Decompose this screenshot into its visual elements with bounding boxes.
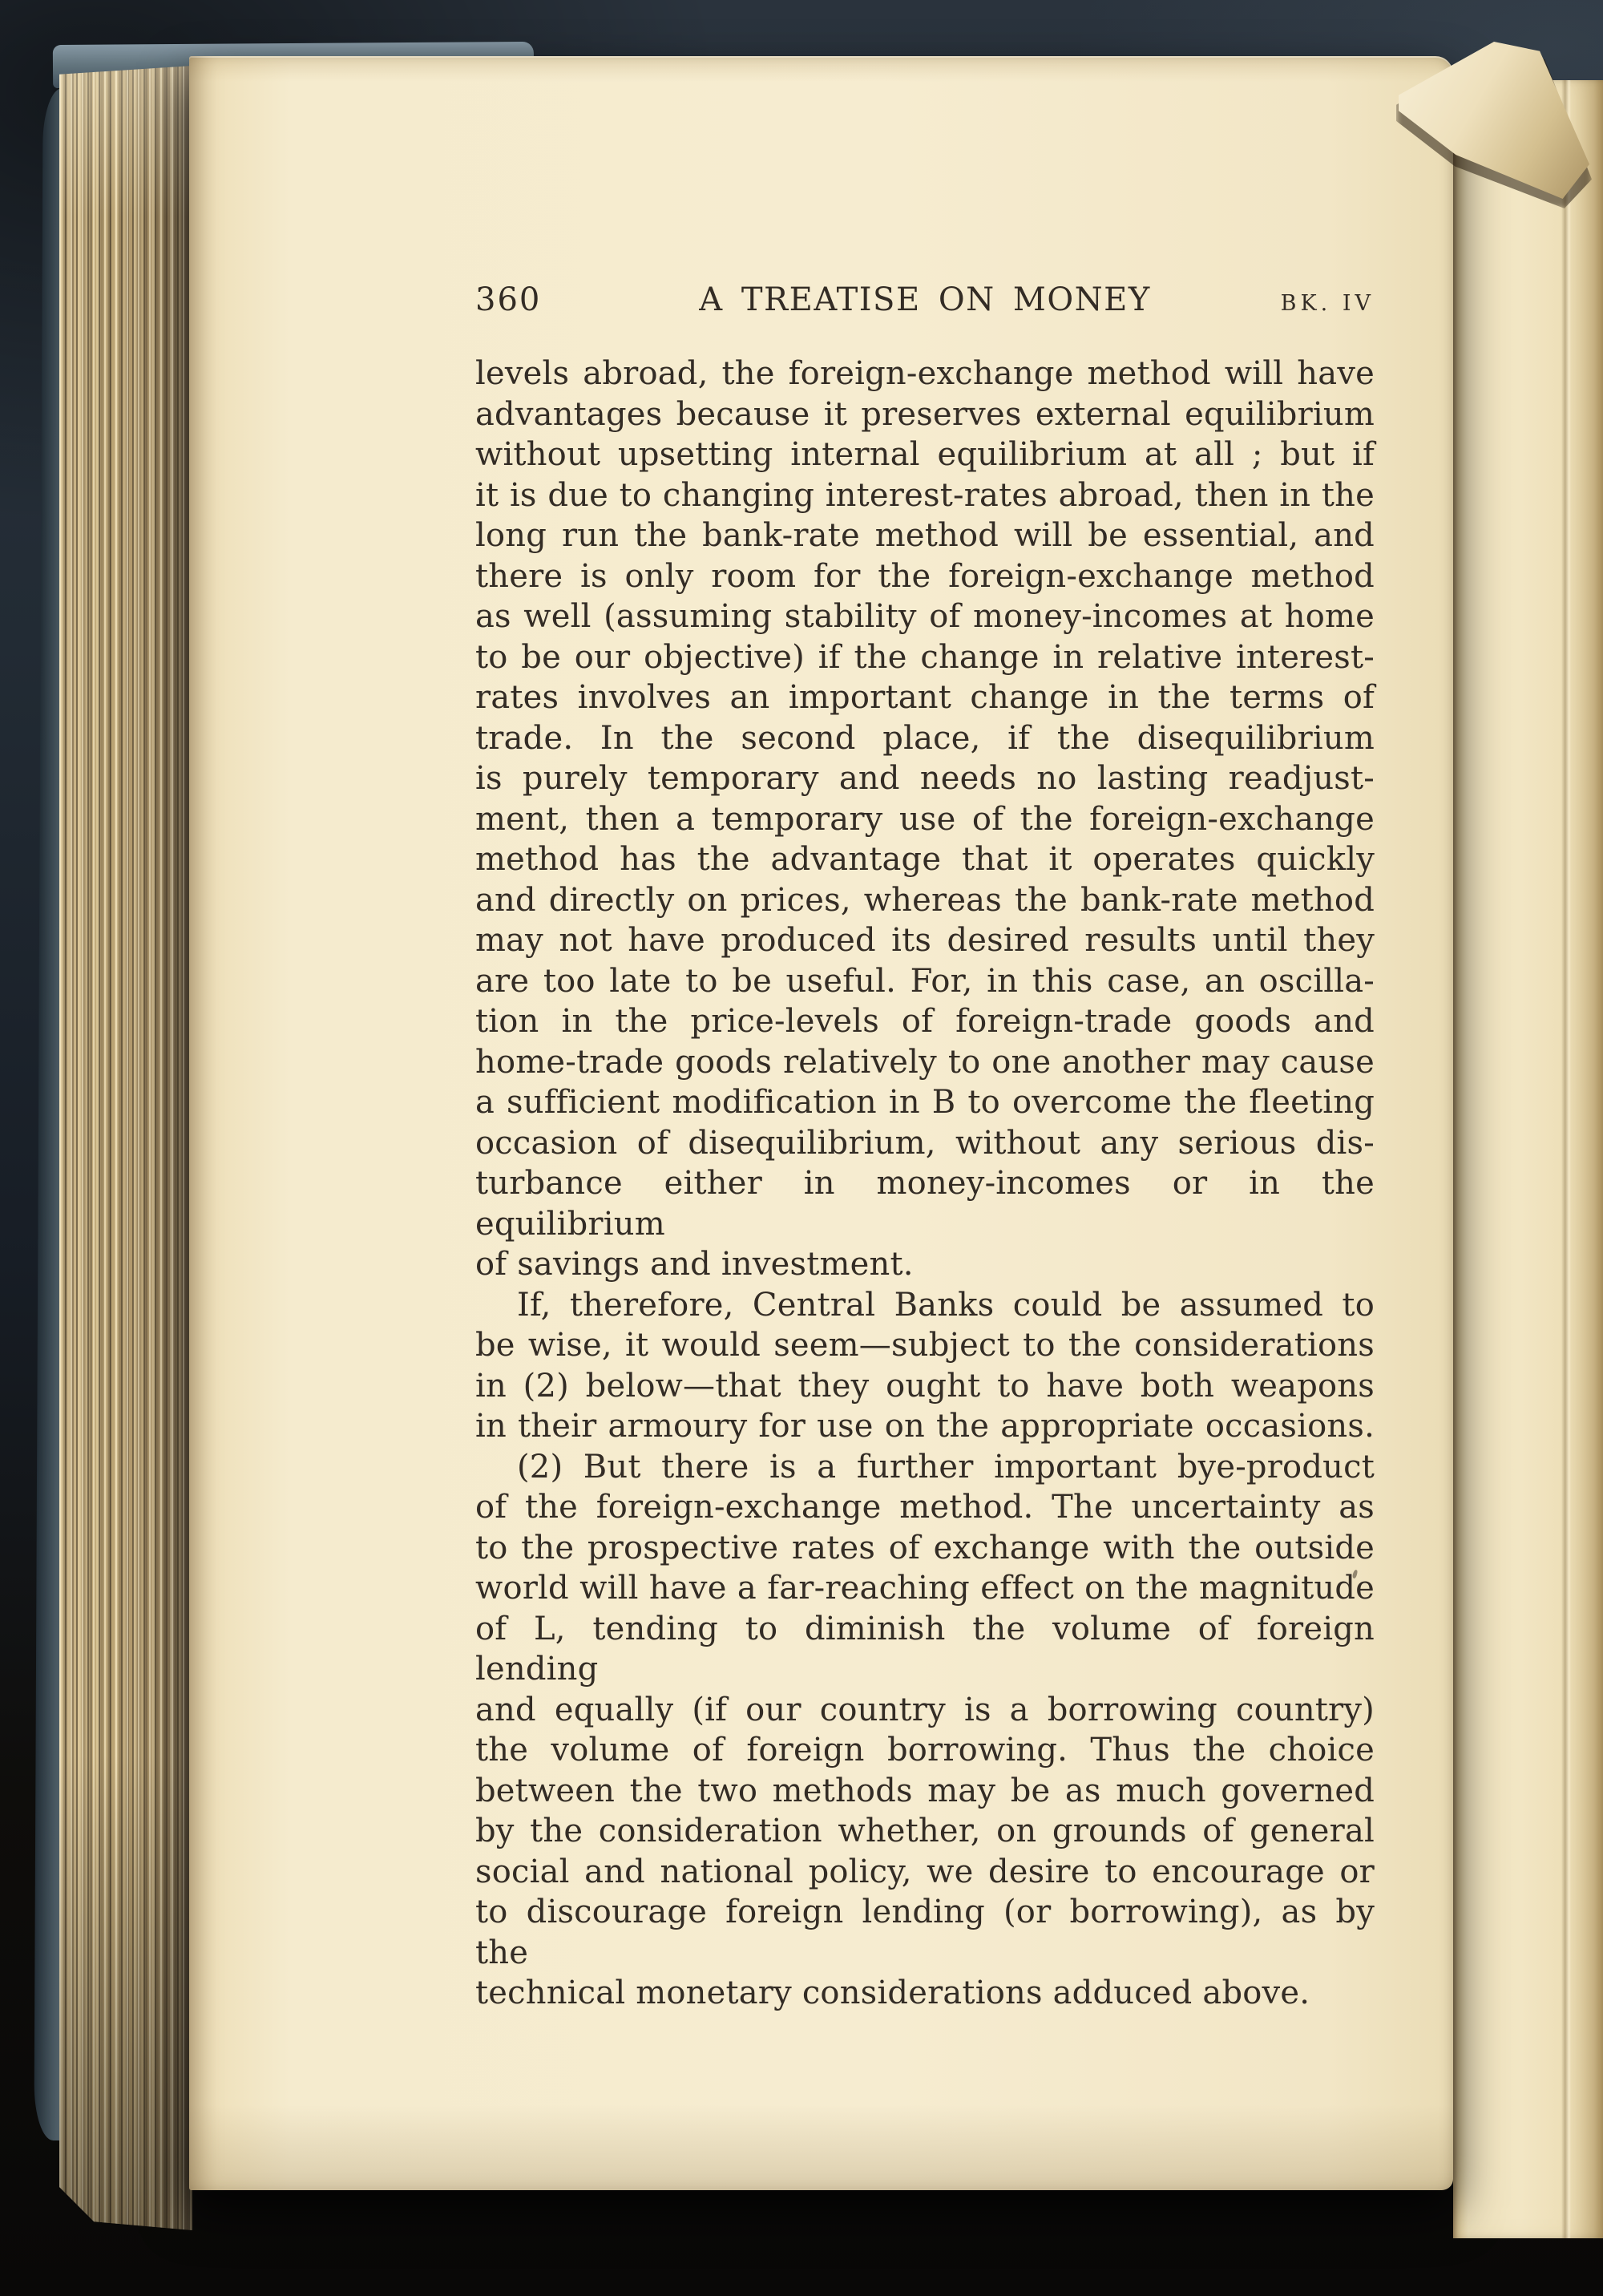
text-line: technical monetary considerations adduce… (475, 1973, 1375, 2014)
text-line: it is due to changing interest-rates abr… (475, 475, 1375, 516)
text-line: world will have a far-reaching effect on… (475, 1568, 1375, 1609)
text-line: are too late to be useful. For, in this … (475, 961, 1375, 1002)
text-line: by the consideration whether, on grounds… (475, 1811, 1375, 1852)
text-line: as well (assuming stability of money-inc… (475, 596, 1375, 637)
text-line: social and national policy, we desire to… (475, 1852, 1375, 1893)
page-body-text: levels abroad, the foreign-exchange meth… (475, 354, 1375, 2014)
text-line: in their armoury for use on the appropri… (475, 1406, 1375, 1447)
text-line: the volume of foreign borrowing. Thus th… (475, 1730, 1375, 1771)
text-line: method has the advantage that it operate… (475, 839, 1375, 880)
text-line: may not have produced its desired result… (475, 920, 1375, 961)
text-line: in (2) below—that they ought to have bot… (475, 1366, 1375, 1407)
text-line: long run the bank-rate method will be es… (475, 515, 1375, 556)
text-line: there is only room for the foreign-excha… (475, 556, 1375, 597)
text-line: (2) But there is a further important bye… (475, 1447, 1375, 1488)
text-line: to the prospective rates of exchange wit… (475, 1528, 1375, 1569)
text-line: to discourage foreign lending (or borrow… (475, 1892, 1375, 1973)
text-line: advantages because it preserves external… (475, 394, 1375, 435)
text-line: turbance either in money-incomes or in t… (475, 1163, 1375, 1244)
text-line: ment, then a temporary use of the foreig… (475, 799, 1375, 840)
page-header: 360 A TREATISE ON MONEY BK. IV (475, 281, 1375, 318)
text-line: without upsetting internal equilibrium a… (475, 435, 1375, 475)
page-edge-stack (59, 66, 192, 2230)
text-line: of the foreign-exchange method. The unce… (475, 1487, 1375, 1528)
text-line: occasion of disequilibrium, without any … (475, 1123, 1375, 1164)
text-line: home-trade goods relatively to one anoth… (475, 1042, 1375, 1083)
text-line: of L, tending to diminish the volume of … (475, 1609, 1375, 1690)
text-line: trade. In the second place, if the diseq… (475, 718, 1375, 759)
text-line: between the two methods may be as much g… (475, 1771, 1375, 1812)
text-line: to be our objective) if the change in re… (475, 637, 1375, 678)
text-line: a sufficient modification in B to overco… (475, 1082, 1375, 1123)
book-page: 360 A TREATISE ON MONEY BK. IV levels ab… (189, 56, 1453, 2190)
running-title: A TREATISE ON MONEY (475, 281, 1375, 318)
text-line: rates involves an important change in th… (475, 677, 1375, 718)
text-line: and directly on prices, whereas the bank… (475, 880, 1375, 921)
book-photo: 360 A TREATISE ON MONEY BK. IV levels ab… (0, 0, 1603, 2296)
text-line: tion in the price-levels of foreign-trad… (475, 1001, 1375, 1042)
text-line: is purely temporary and needs no lasting… (475, 758, 1375, 799)
adjacent-page-fore-edge (1453, 80, 1603, 2238)
text-line: levels abroad, the foreign-exchange meth… (475, 354, 1375, 394)
text-line: and equally (if our country is a borrowi… (475, 1690, 1375, 1731)
text-line: If, therefore, Central Banks could be as… (475, 1285, 1375, 1326)
text-line: be wise, it would seem—subject to the co… (475, 1325, 1375, 1366)
text-line: of savings and investment. (475, 1244, 1375, 1285)
book-section-marker: BK. IV (1281, 291, 1375, 316)
